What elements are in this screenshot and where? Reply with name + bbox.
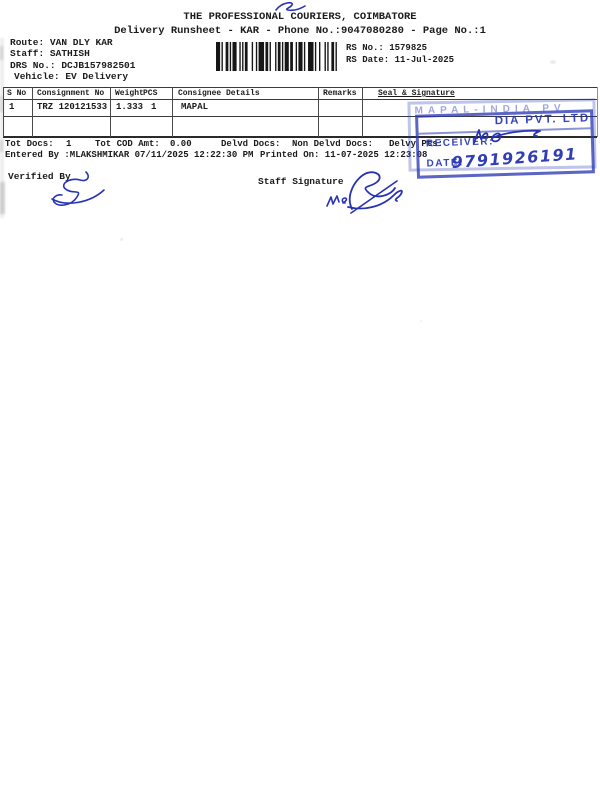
pen-squiggle-top bbox=[276, 3, 305, 11]
rs-date-line: RS Date: 11-Jul-2025 bbox=[346, 56, 454, 65]
tot-cod-value: 0.00 bbox=[170, 140, 192, 149]
page-title: THE PROFESSIONAL COURIERS, COIMBATORE bbox=[0, 12, 600, 23]
table-vline bbox=[362, 87, 363, 137]
stamp-company-line: DIA PVT. LTD bbox=[418, 112, 590, 134]
table-vline bbox=[110, 87, 111, 137]
rs-no-label: RS No.: bbox=[346, 43, 384, 53]
delvd-docs-label: Delvd Docs: bbox=[221, 140, 280, 149]
col-header-consignment: Consignment No bbox=[37, 90, 104, 98]
stamp-date-label: DATE: bbox=[426, 157, 464, 169]
cell-weight: 1.333 bbox=[116, 103, 143, 112]
cell-pcs: 1 bbox=[151, 103, 156, 112]
scan-speckle bbox=[120, 238, 123, 241]
col-header-remarks: Remarks bbox=[323, 90, 357, 98]
verified-by-label: Verified By bbox=[8, 172, 71, 182]
tot-docs-label: Tot Docs: bbox=[5, 140, 54, 149]
cell-sno: 1 bbox=[9, 103, 14, 112]
vehicle-label: Vehicle: bbox=[14, 71, 60, 82]
drs-label: DRS No.: bbox=[10, 60, 56, 71]
staff-value: SATHISH bbox=[50, 48, 90, 59]
col-header-consignee: Consignee Details bbox=[178, 90, 260, 98]
drs-value: DCJB157982501 bbox=[61, 60, 135, 71]
staff-signature-label: Staff Signature bbox=[258, 177, 344, 187]
vehicle-line: Vehicle: EV Delivery bbox=[14, 72, 128, 82]
staff-line: Staff: SATHISH bbox=[10, 49, 90, 59]
vehicle-value: EV Delivery bbox=[65, 71, 128, 82]
route-label: Route: bbox=[10, 37, 44, 48]
barcode-icon bbox=[216, 42, 341, 71]
route-line: Route: VAN DLY KAR bbox=[10, 38, 113, 48]
table-vline bbox=[597, 87, 598, 137]
cell-consignment: TRZ 120121533 bbox=[37, 103, 107, 112]
rs-no-value: 1579825 bbox=[389, 43, 427, 53]
col-header-weight: Weight bbox=[115, 90, 144, 98]
scan-smudge bbox=[0, 46, 3, 60]
route-value: VAN DLY KAR bbox=[50, 37, 113, 48]
table-vline bbox=[32, 87, 33, 137]
rs-no-line: RS No.: 1579825 bbox=[346, 44, 427, 53]
col-header-sno: S No bbox=[7, 90, 26, 98]
table-vline bbox=[3, 87, 4, 137]
scanned-delivery-runsheet: THE PROFESSIONAL COURIERS, COIMBATORE De… bbox=[0, 0, 600, 800]
scan-smudge bbox=[0, 140, 3, 152]
page-subtitle: Delivery Runsheet - KAR - Phone No.:9047… bbox=[0, 26, 600, 37]
table-top-border bbox=[3, 87, 597, 88]
entered-by-line: Entered By :MLAKSHMIKAR 07/11/2025 12:22… bbox=[5, 151, 253, 160]
scan-speckle bbox=[550, 60, 556, 64]
col-header-seal: Seal & Signature bbox=[378, 90, 455, 98]
table-vline bbox=[318, 87, 319, 137]
scan-speckle bbox=[420, 320, 422, 322]
cell-consignee: MAPAL bbox=[181, 103, 208, 112]
table-vline bbox=[172, 87, 173, 137]
non-delvd-docs-label: Non Delvd Docs: bbox=[292, 140, 373, 149]
scan-smudge bbox=[0, 182, 5, 214]
printed-on-line: Printed On: 11-07-2025 12:23:08 bbox=[260, 151, 427, 160]
col-header-pcs: PCS bbox=[143, 90, 157, 98]
receiver-stamp: DIA PVT. LTD RECEIVER: DATE: bbox=[415, 109, 595, 179]
tot-docs-value: 1 bbox=[66, 140, 71, 149]
stamp-receiver-label: RECEIVER: bbox=[426, 136, 494, 149]
tot-cod-label: Tot COD Amt: bbox=[95, 140, 160, 149]
staff-label: Staff: bbox=[10, 48, 44, 59]
rs-date-label: RS Date: bbox=[346, 55, 389, 65]
drs-line: DRS No.: DCJB157982501 bbox=[10, 61, 135, 71]
rs-date-value: 11-Jul-2025 bbox=[395, 55, 454, 65]
